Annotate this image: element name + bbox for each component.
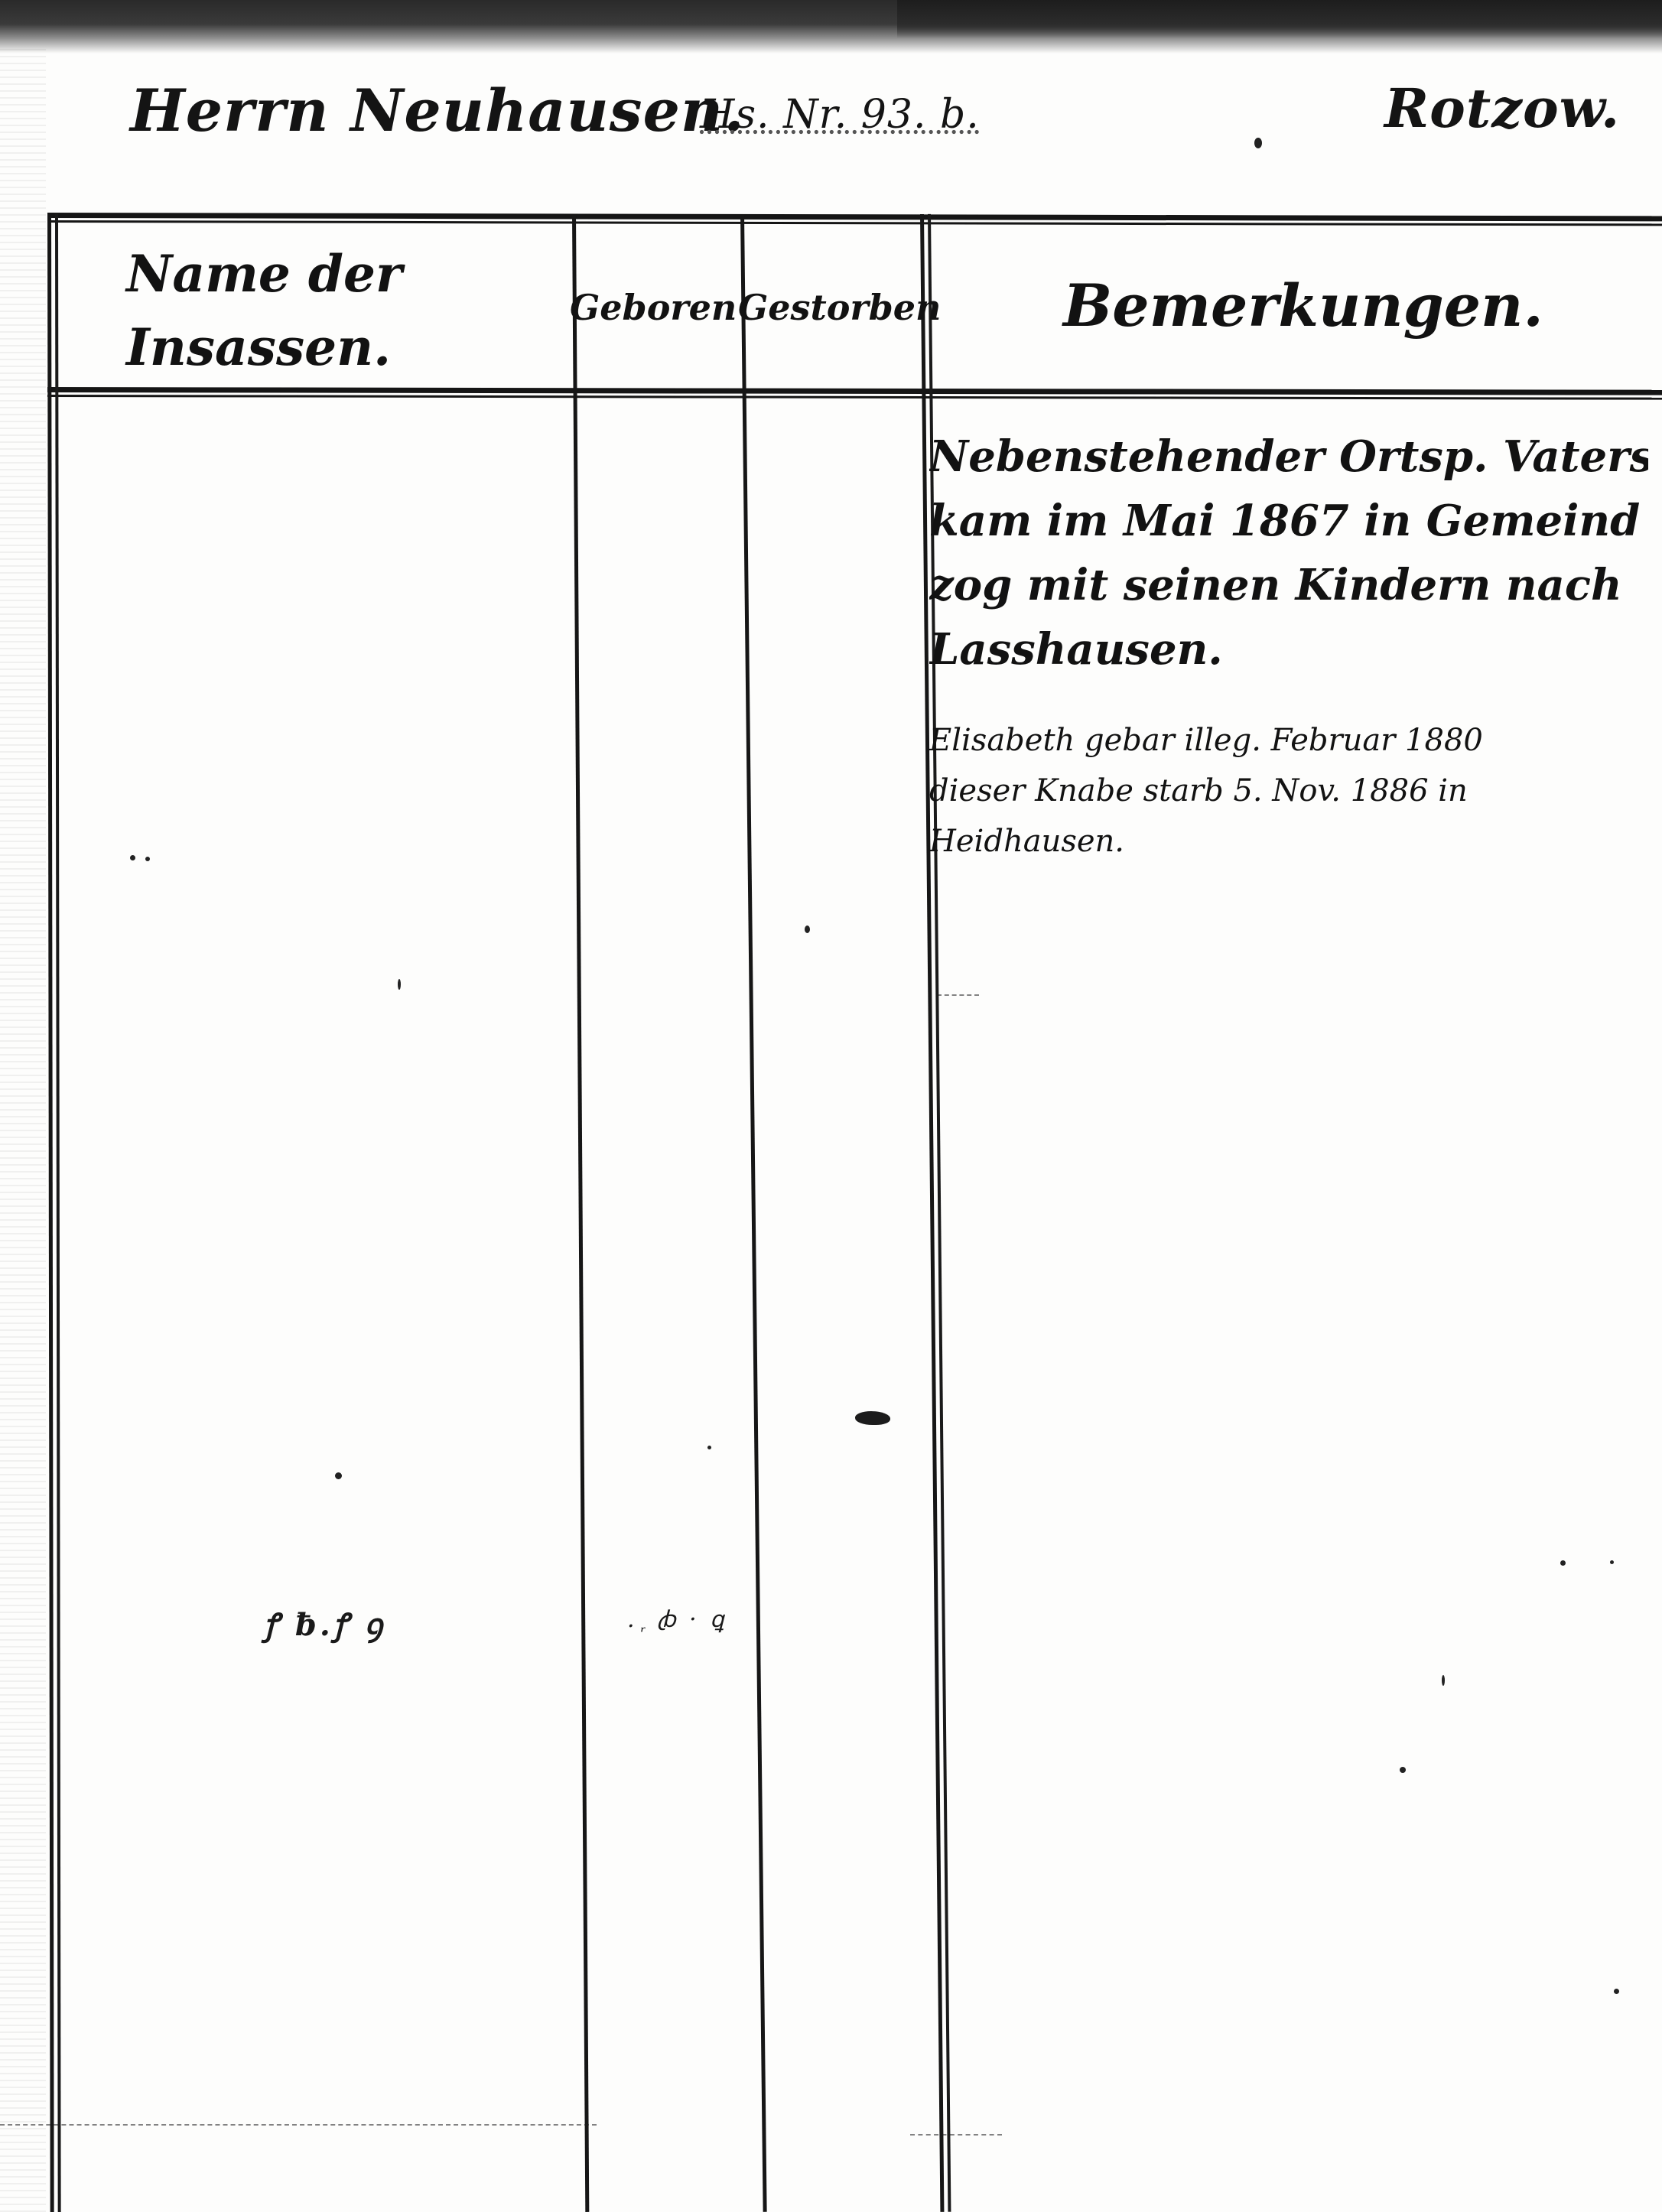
heading-owner-name: Herrn Neuhausen. (130, 76, 745, 145)
table-top-border (47, 213, 1662, 226)
faint-ruling-line (937, 994, 979, 996)
faint-ruling-line (0, 2124, 597, 2126)
speck (1610, 1560, 1614, 1564)
column-header-born: Geboren (570, 287, 746, 328)
scan-shadow-band-right (897, 0, 1662, 38)
speck (398, 979, 401, 990)
remarks-line: dieser Knabe starb 5. Nov. 1886 in (929, 766, 1648, 816)
speck (335, 1472, 342, 1479)
bleed-through-mark-name-column: ꝭ ƀ.ꝭ ꝯ (264, 1602, 385, 1644)
remarks-entry-2: Elisabeth gebar illeg. Februar 1880 dies… (929, 715, 1648, 867)
speck (1254, 138, 1262, 148)
speck (130, 855, 135, 860)
remarks-line: Nebenstehender Ortsp. Vaters- (929, 425, 1648, 489)
table-header-border (47, 387, 1662, 400)
ink-blot (855, 1411, 890, 1425)
column-divider-born-died (740, 214, 767, 2212)
speck (1614, 1989, 1619, 1994)
speck (805, 925, 810, 933)
column-divider-name-born (572, 214, 589, 2212)
column-header-died: Gestorben (738, 287, 922, 328)
table-left-border (47, 214, 54, 2212)
heading-house-number: Hs. Nr. 93. b. (700, 92, 980, 138)
remarks-line: Elisabeth gebar illeg. Februar 1880 (929, 715, 1648, 766)
remarks-line: zog mit seinen Kindern nach (929, 553, 1648, 617)
speck (145, 857, 150, 861)
column-header-remarks: Bemerkungen. (1063, 272, 1543, 340)
scanned-page: Herrn Neuhausen. Hs. Nr. 93. b. Rotzow. … (0, 0, 1662, 2212)
column-header-name: Name der Insassen. (126, 237, 555, 384)
remarks-entry-1: Nebenstehender Ortsp. Vaters- kam im Mai… (929, 425, 1648, 681)
speck (1442, 1675, 1445, 1686)
left-edge-noise (0, 46, 46, 2212)
heading-place-name: Rotzow. (1384, 76, 1620, 140)
remarks-line: Heidhausen. (929, 816, 1648, 867)
bleed-through-mark-born-column: . ᷊ ꞗ · ꝗ (627, 1602, 727, 1634)
speck (707, 1446, 711, 1449)
speck (1560, 1560, 1566, 1566)
faint-ruling-line (910, 2134, 1002, 2136)
remarks-line: Lasshausen. (929, 617, 1648, 681)
remarks-line: kam im Mai 1867 in Gemeind u. (929, 489, 1648, 553)
speck (1400, 1767, 1406, 1773)
